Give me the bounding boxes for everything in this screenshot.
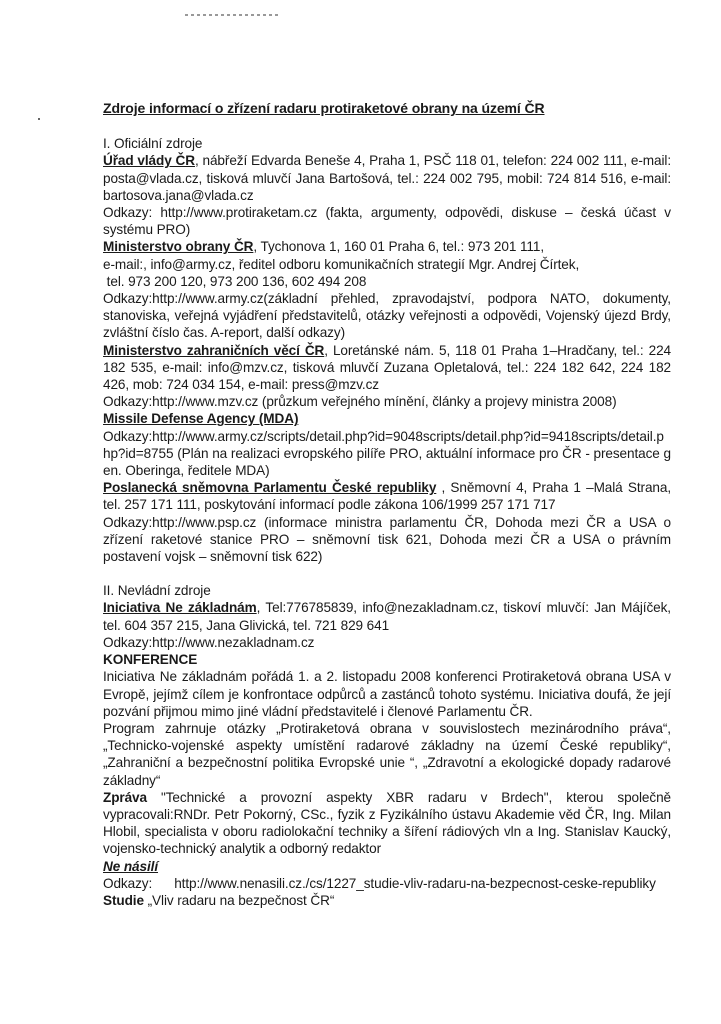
entry-mda: Missile Defense Agency (MDA)	[103, 410, 671, 427]
study-text: Studie „Vliv radaru na bezpečnost ČR“	[103, 892, 671, 909]
entry-links: Odkazy:http://www.mzv.cz (průzkum veřejn…	[103, 393, 671, 410]
org-name: Ministerstvo zahraničních věcí ČR	[103, 343, 324, 358]
org-name: Úřad vlády ČR	[103, 153, 195, 168]
entry-links: Odkazy: http://www.nenasili.cz./cs/1227_…	[103, 875, 671, 892]
entry-nenasili: Ne násilí	[103, 858, 671, 875]
entry-links: Odkazy:http://www.army.cz/scripts/detail…	[103, 428, 671, 480]
report-text: Zpráva "Technické a provozní aspekty XBR…	[103, 789, 671, 858]
entry-links: Odkazy:http://www.nezakladnam.cz	[103, 634, 671, 651]
conference-text: Iniciativa Ne základnám pořádá 1. a 2. l…	[103, 668, 671, 720]
entry-urad-vlady: Úřad vlády ČR, nábřeží Edvarda Beneše 4,…	[103, 152, 671, 204]
org-name: Iniciativa Ne základnám	[103, 600, 257, 615]
section-official-heading: I. Oficiální zdroje	[103, 135, 671, 152]
entry-links: Odkazy:http://www.psp.cz (informace mini…	[103, 514, 671, 566]
document-page: Zdroje informací o zřízení radaru protir…	[103, 100, 671, 909]
section-nongov-heading: II. Nevládní zdroje	[103, 582, 671, 599]
document-title: Zdroje informací o zřízení radaru protir…	[103, 100, 671, 117]
org-name: Ne násilí	[103, 859, 158, 874]
entry-mzv: Ministerstvo zahraničních věcí ČR, Loret…	[103, 342, 671, 394]
entry-nezakladnam: Iniciativa Ne základnám, Tel:776785839, …	[103, 599, 671, 633]
program-text: Program zahrnuje otázky „Protiraketová o…	[103, 720, 671, 789]
org-name: Ministerstvo obrany ČR	[103, 239, 253, 254]
scan-speck	[38, 118, 40, 120]
entry-links: Odkazy: http://www.protiraketam.cz (fakt…	[103, 204, 671, 238]
entry-links: Odkazy:http://www.army.cz(základní přehl…	[103, 290, 671, 342]
org-name: Poslanecká sněmovna Parlamentu České rep…	[103, 480, 436, 495]
entry-psp: Poslanecká sněmovna Parlamentu České rep…	[103, 479, 671, 513]
org-name: Missile Defense Agency (MDA)	[103, 411, 298, 426]
scan-artifact	[185, 14, 280, 16]
entry-ministerstvo-obrany: Ministerstvo obrany ČR, Tychonova 1, 160…	[103, 238, 671, 255]
conference-heading: KONFERENCE	[103, 651, 671, 668]
